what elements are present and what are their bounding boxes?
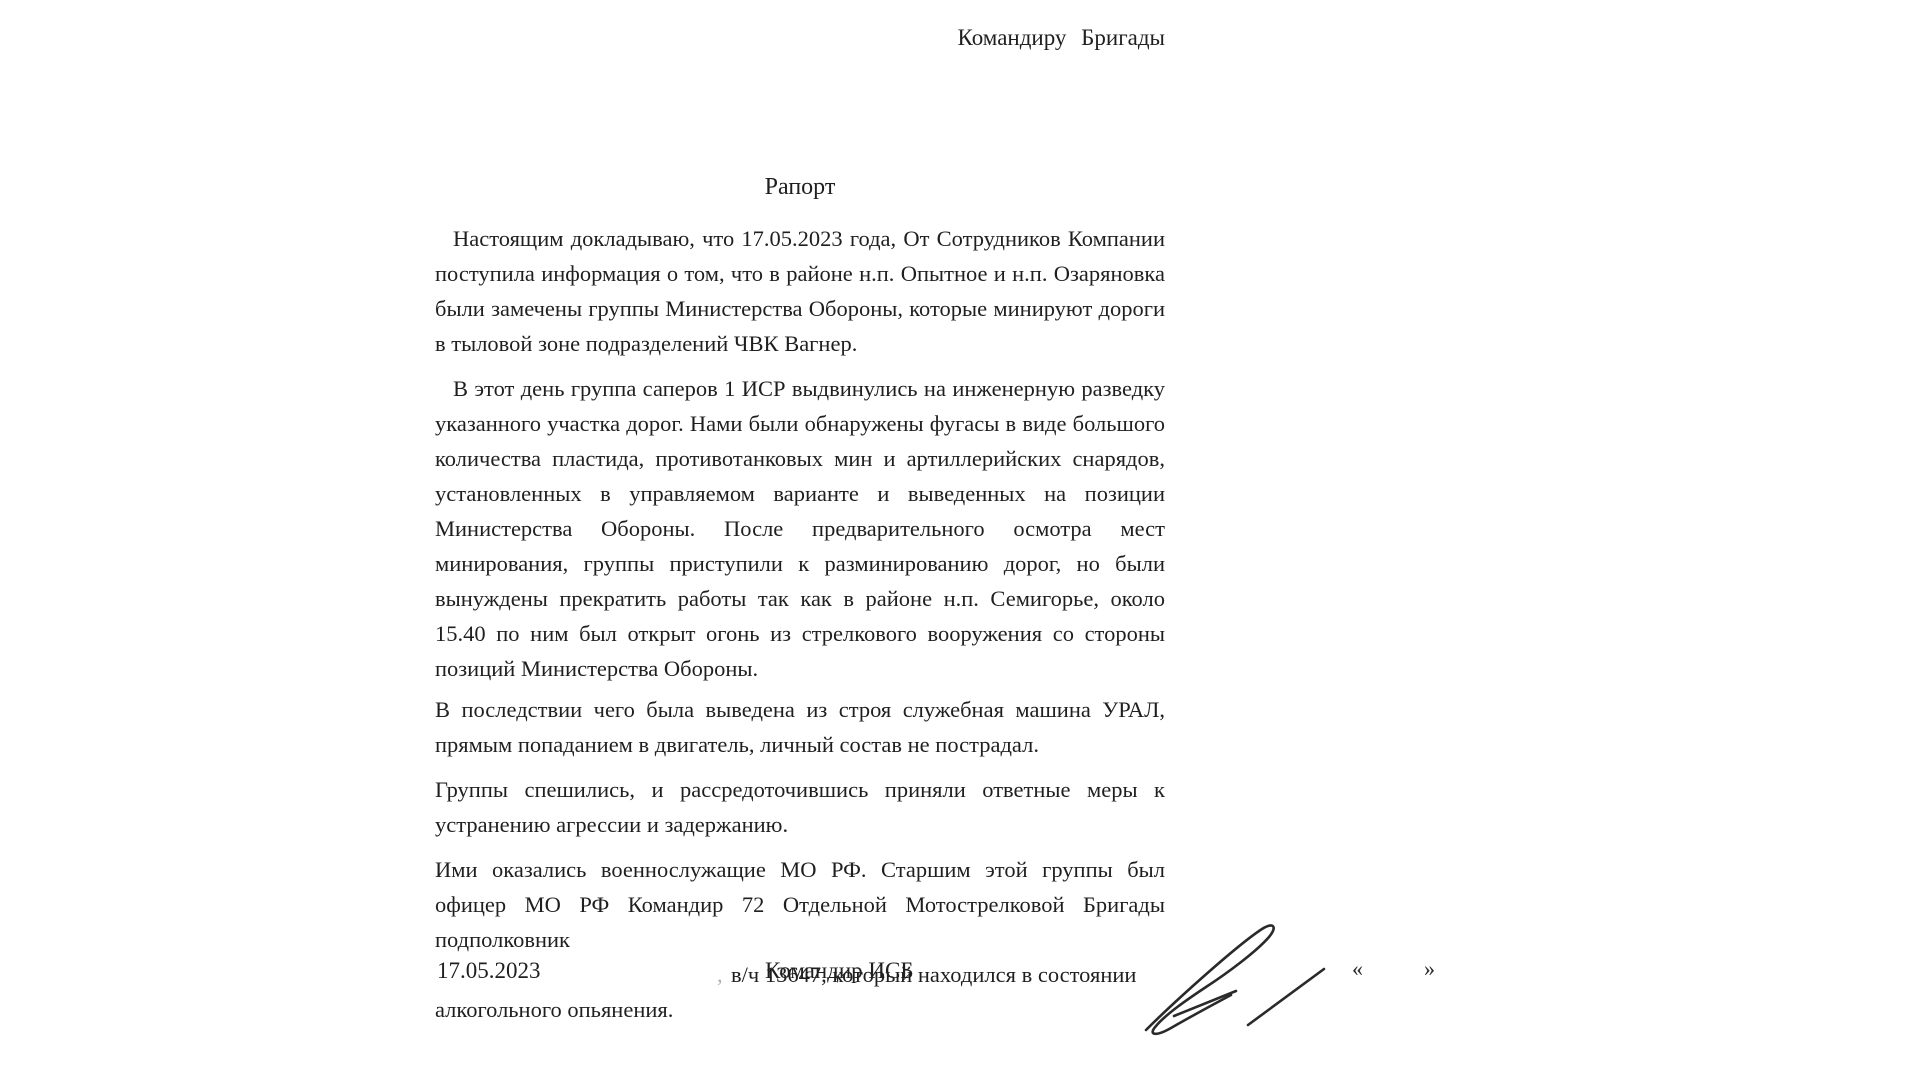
quote-open-mark: « [1352, 956, 1363, 982]
body-paragraph: В последствии чего была выведена из стро… [435, 692, 1165, 762]
document-body-column: Командиру Бригады Рапорт Настоящим докла… [435, 20, 1165, 1027]
signer-title: Командир ИСБ [765, 953, 914, 988]
quote-close-mark: » [1424, 956, 1435, 982]
body-paragraph: Группы спешились, и рассредоточившись пр… [435, 772, 1165, 842]
addressee-line: Командиру Бригады [435, 20, 1165, 55]
document-title: Рапорт [435, 170, 1165, 205]
handwritten-signature-icon [1118, 918, 1353, 1048]
body-paragraph: Ими оказались военнослужащие МО РФ. Стар… [435, 852, 1165, 957]
body-paragraph: Настоящим докладываю, что 17.05.2023 год… [435, 221, 1165, 361]
faint-comma-mark: , [717, 957, 731, 992]
document-page: Командиру Бригады Рапорт Настоящим докла… [0, 0, 1920, 1080]
closing-line: алкогольного опьянения. [435, 992, 1165, 1027]
body-paragraph: В этот день группа саперов 1 ИСР выдвину… [435, 371, 1165, 686]
report-date: 17.05.2023 [437, 953, 541, 988]
